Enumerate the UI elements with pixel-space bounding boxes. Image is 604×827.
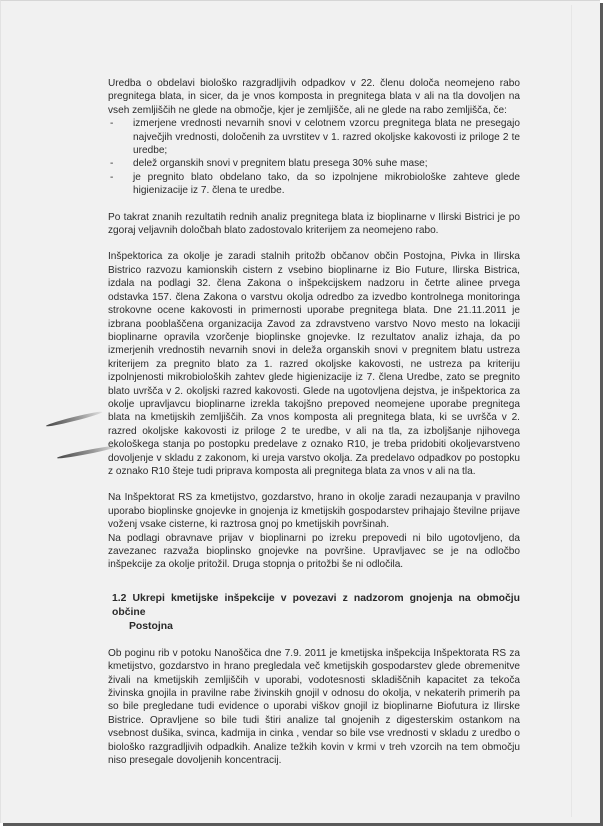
section-title-line1: Ukrepi kmetijske inšpekcije v povezavi z… [112,593,520,618]
list-item: - izmerjene vrednosti nevarnih snovi v c… [133,117,520,157]
list-item-text: izmerjene vrednosti nevarnih snovi v cel… [133,118,520,156]
list-item: - je pregnito blato obdelano tako, da so… [133,171,520,198]
criteria-list: - izmerjene vrednosti nevarnih snovi v c… [108,117,520,197]
dash-bullet-icon: - [110,171,113,184]
paragraph-inspektorica: Inšpektorica za okolje je zaradi stalnih… [108,250,520,478]
pen-mark-icon [46,410,103,428]
paragraph-rezultati: Po takrat znanih rezultatih rednih anali… [108,211,520,238]
spacer [108,572,520,592]
spacer [108,634,520,647]
spacer [108,198,520,211]
paragraph-prijave: Na Inšpektorat RS za kmetijstvo, gozdars… [108,491,520,531]
section-title-line2: Postojna [112,620,520,634]
section-number: 1.2 [112,592,126,606]
paragraph-uredba-intro: Uredba o obdelavi biološko razgradljivih… [108,77,520,117]
dash-bullet-icon: - [110,117,113,130]
spacer [108,237,520,250]
list-item: - delež organskih snovi v pregnitem blat… [133,157,520,170]
spacer [108,478,520,491]
list-item-text: delež organskih snovi v pregnitem blatu … [133,158,428,169]
paragraph-obravnava: Na podlagi obravnave prijav v bioplinarn… [108,532,520,572]
scanned-page: Uredba o obdelavi biološko razgradljivih… [0,0,600,823]
dash-bullet-icon: - [110,157,113,170]
section-heading: 1.2 Ukrepi kmetijske inšpekcije v poveza… [108,592,520,634]
document-body: Uredba o obdelavi biološko razgradljivih… [108,77,520,767]
list-item-text: je pregnito blato obdelano tako, da so i… [133,172,520,196]
paragraph-pogin: Ob poginu rib v potoku Nanoščica dne 7.9… [108,647,520,768]
